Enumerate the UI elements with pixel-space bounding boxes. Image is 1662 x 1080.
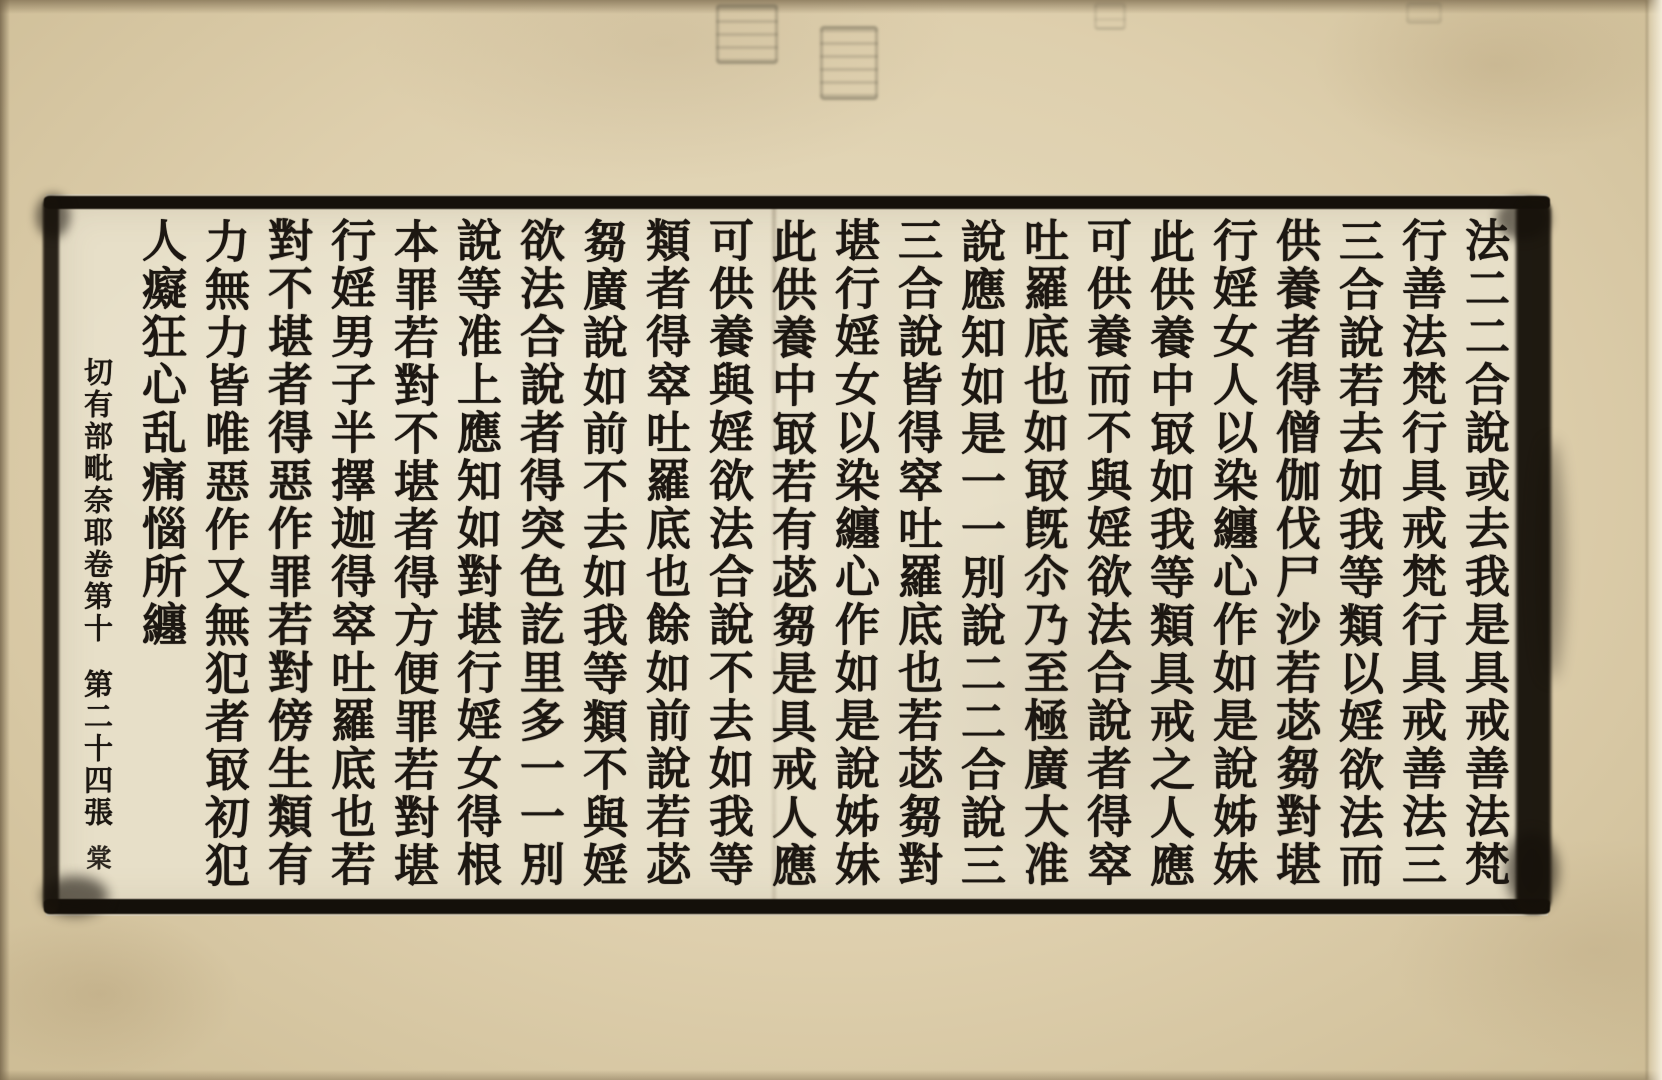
- frame-left-border: [43, 197, 59, 913]
- collation-mark: 棠: [83, 845, 112, 873]
- page-left-edge: [0, 0, 10, 1080]
- text-column-9: 說應知如是一一別說二二合說三: [948, 218, 1011, 896]
- text-column-15: 芻廣說如前不去如我等類不與婬: [570, 218, 633, 896]
- colophon-column: 切有部毗奈耶卷第十第二十四張棠: [65, 217, 129, 1035]
- text-column-17: 說等准上應知如對堪行婬女得根: [444, 217, 507, 895]
- text-column-20: 對不堪者得惡作罪若對傍生類有: [255, 217, 318, 895]
- text-column-18: 本罪若對不堪者得方便罪若對堪: [381, 218, 444, 896]
- page-right-edge: [1646, 0, 1662, 1080]
- ink-bleed-mark: [1406, 2, 1442, 24]
- text-column-3: 三合說若去如我等類以婬欲法而: [1326, 218, 1389, 896]
- ink-bleed-mark: [716, 4, 778, 64]
- text-column-1: 法二二合說或去我是具戒善法梵: [1452, 217, 1515, 895]
- text-column-11: 堪行婬女以染纏心作如是說姊妹: [822, 217, 885, 895]
- text-column-4: 供養者得僧伽伐尸沙若苾芻對堪: [1263, 217, 1326, 895]
- page-bottom-edge: [0, 1070, 1662, 1080]
- text-column-13: 可供養與婬欲法合說不去如我等: [696, 217, 759, 895]
- text-column-5: 行婬女人以染纏心作如是說姊妹: [1200, 217, 1263, 895]
- text-block: 法二二合說或去我是具戒善法梵 行善法梵行具戒梵行具戒善法三 三合說若去如我等類以…: [66, 217, 1515, 897]
- ink-smudge: [1538, 440, 1564, 680]
- ink-bleed-mark: [1094, 2, 1126, 30]
- colophon-title: 切有部毗奈耶卷第十: [80, 357, 114, 645]
- ink-bleed-mark: [820, 26, 878, 100]
- text-column-10: 三合說皆得窣吐羅底也若苾芻對: [885, 217, 948, 895]
- frame-top-border: [44, 196, 1550, 209]
- text-column-14: 類者得窣吐羅底也餘如前說若苾: [633, 217, 696, 895]
- text-column-16: 欲法合說者得突色訖里多一一別: [507, 217, 570, 895]
- text-column-7: 可供養而不與婬欲法合說者得窣: [1074, 217, 1137, 895]
- text-column-2: 行善法梵行具戒梵行具戒善法三: [1389, 217, 1452, 895]
- sheet-number: 第二十四張: [80, 669, 114, 829]
- text-column-8: 吐羅底也如冣旣尒乃至極廣大准: [1011, 217, 1074, 895]
- text-column-6: 此供養中冣如我等類具戒之人應: [1137, 218, 1200, 896]
- text-column-21: 力無力皆唯惡作又無犯者冣初犯: [192, 218, 255, 896]
- text-column-22: 人癡狂心乱痛惱所纏: [129, 217, 192, 895]
- page-right-edge-line: [1646, 0, 1648, 1080]
- text-column-12: 此供養中冣若有苾芻是具戒人應: [759, 218, 822, 896]
- text-column-19: 行婬男子半擇迦得窣吐羅底也若: [318, 217, 381, 895]
- frame-bottom-border: [44, 899, 1550, 914]
